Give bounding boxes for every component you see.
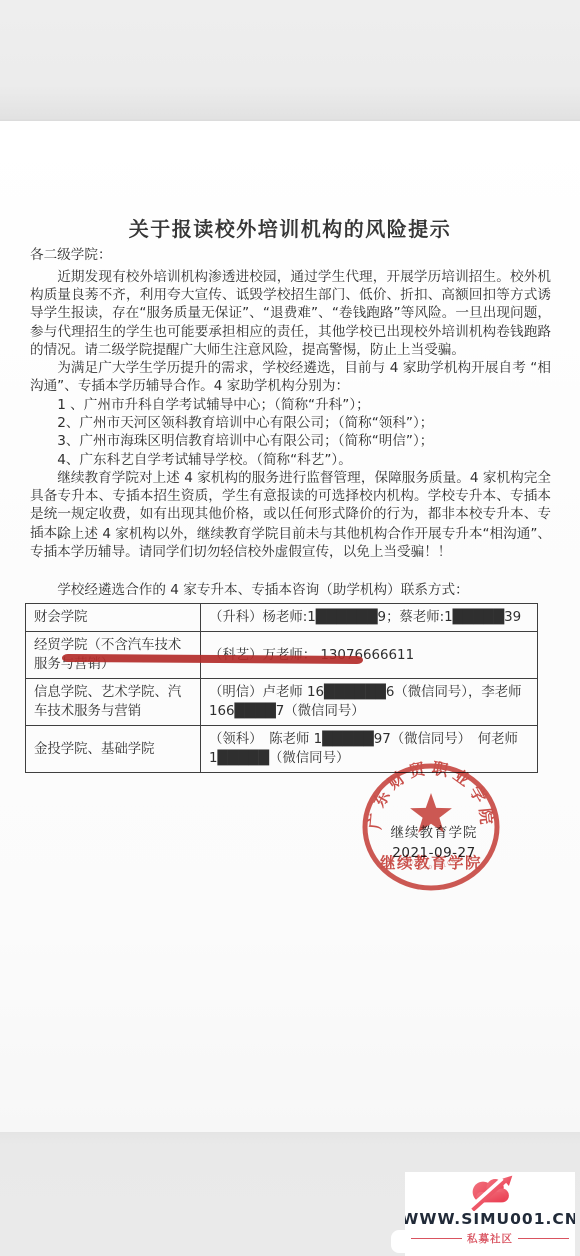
watermark-dash xyxy=(411,1238,462,1240)
college-cell: 信息学院、艺术学院、汽车技术服务与营销 xyxy=(26,679,201,726)
list-item: 1 、广州市升科自学考试辅导中心；（简称“升科”）； xyxy=(30,396,551,414)
watermark-tagline: 私募社区 xyxy=(405,1231,575,1246)
list-item: 3、广州市海珠区明信教育培训中心有限公司；（简称“明信”）； xyxy=(30,432,551,450)
cloud-arrow-logo-icon xyxy=(464,1173,516,1211)
watermark-site-text: WWW.SIMU001.CN xyxy=(405,1211,575,1228)
top-gray-band xyxy=(0,0,580,122)
table-row: 财会学院 （升科）杨老师:1██████9；蔡老师:1█████39 xyxy=(26,604,538,632)
list-item: 2、广州市天河区领科教育培训中心有限公司；（简称“领科”）； xyxy=(30,414,551,432)
contact-cell: （明信）卢老师 16██████6（微信同号），李老师 166████7（微信同… xyxy=(201,679,538,726)
photo-viewer-background: { "doc": { "title": "关于报读校外培训机构的风险提示", "… xyxy=(0,0,580,1256)
institution-list: 1 、广州市升科自学考试辅导中心；（简称“升科”）； 2、广州市天河区领科教育培… xyxy=(30,396,551,469)
seal-star-icon xyxy=(410,793,452,833)
contact-cell: （升科）杨老师:1██████9；蔡老师:1█████39 xyxy=(201,604,538,632)
paragraph-cooperation: 为满足广大学生学历提升的需求，学校经遴选，目前与 4 家助学机构开展自考 “相沟… xyxy=(30,359,551,395)
table-row: 信息学院、艺术学院、汽车技术服务与营销 （明信）卢老师 16██████6（微信… xyxy=(26,679,538,726)
page-title: 关于报读校外培训机构的风险提示 xyxy=(0,213,580,242)
table-intro: 学校经遴选合作的 4 家专升本、专插本咨询（助学机构）联系方式： xyxy=(30,581,551,599)
paragraph-risk-warning: 近期发现有校外培训机构渗透进校园，通过学生代理，开展学历培训招生。校外机构质量良… xyxy=(30,268,551,359)
list-item: 4、广东科艺自学考试辅导学校。（简称“科艺”）。 xyxy=(30,451,551,469)
document-page: 关于报读校外培训机构的风险提示 各二级学院： 近期发现有校外培训机构渗透进校园，… xyxy=(0,122,580,1132)
watermark-card: WWW.SIMU001.CN 私募社区 xyxy=(405,1172,575,1256)
official-seal-stamp: 广东财贸职业学院 继续教育学院 4401110131001 xyxy=(358,760,504,896)
salutation: 各二级学院： xyxy=(30,246,551,264)
watermark-dash xyxy=(518,1238,569,1240)
college-cell: 金投学院、基础学院 xyxy=(26,726,201,773)
contact-table: 财会学院 （升科）杨老师:1██████9；蔡老师:1█████39 经贸学院（… xyxy=(25,603,538,773)
watermark-tagline-text: 私募社区 xyxy=(462,1231,518,1246)
college-cell: 财会学院 xyxy=(26,604,201,632)
paragraph-disclaimer: 除上述 4 家机构以外，继续教育学院目前未与其他机构合作开展专升本“相沟通”、专… xyxy=(30,525,551,561)
